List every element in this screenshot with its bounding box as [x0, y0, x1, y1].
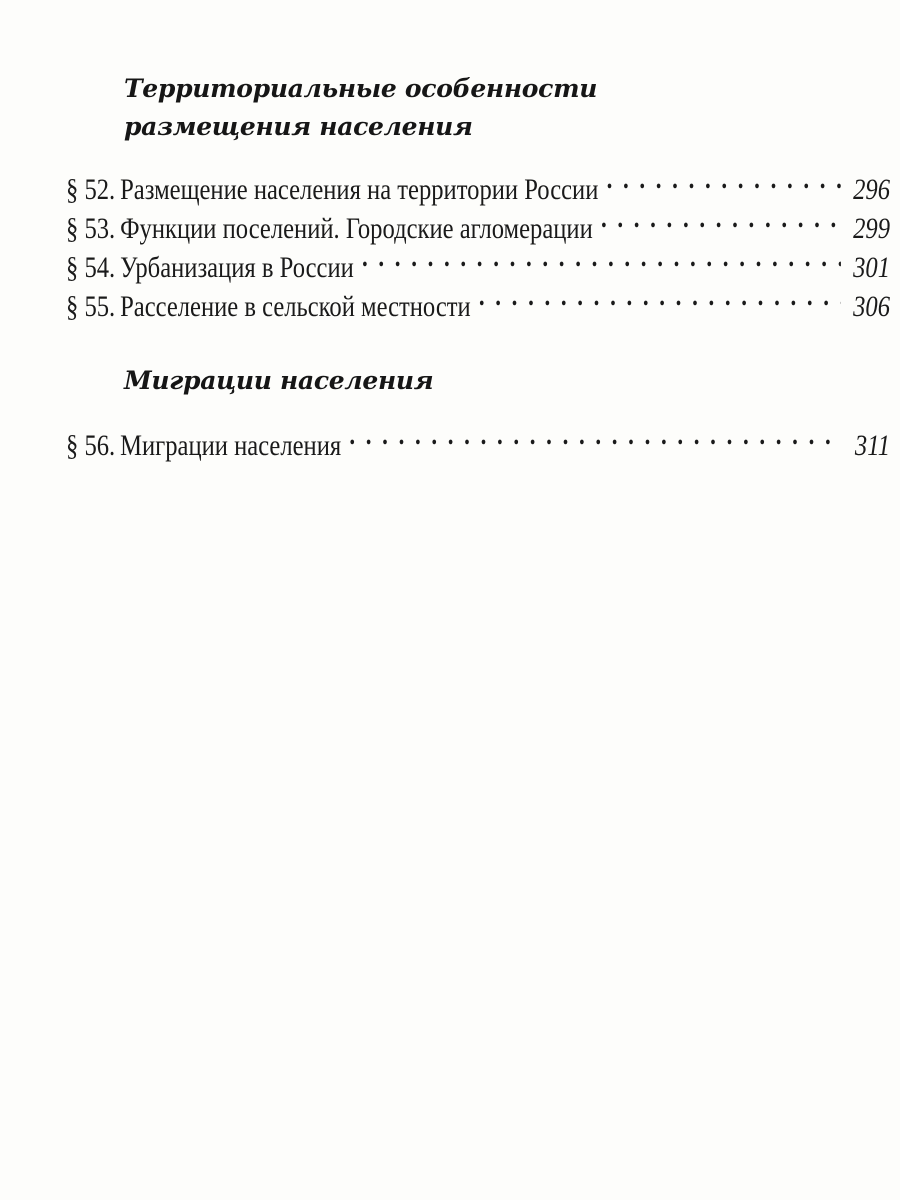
toc-entry-number: § 55.: [66, 287, 115, 326]
toc-entry[interactable]: § 56. Миграции населения 311: [66, 416, 890, 455]
section-heading-line: размещения населения: [124, 108, 597, 146]
toc-entry[interactable]: § 54. Урбанизация в России 301: [66, 238, 890, 277]
section-heading: Миграции населения: [124, 362, 433, 400]
toc-entry[interactable]: § 55. Расселение в сельской местности 30…: [66, 277, 890, 316]
toc-entry-number: § 56.: [66, 426, 115, 465]
toc-entry-page: 311: [849, 426, 890, 465]
dot-leader: [479, 277, 841, 316]
dot-leader: [349, 416, 840, 455]
toc-entry-title: Миграции населения: [120, 426, 341, 465]
toc-list: § 52. Размещение населения на территории…: [66, 160, 890, 316]
section-heading-line: Территориальные особенности: [124, 70, 597, 108]
toc-entry-page: 306: [849, 287, 890, 326]
section-heading: Территориальные особенности размещения н…: [124, 70, 597, 146]
dot-leader: [601, 199, 841, 238]
table-of-contents-page: Территориальные особенности размещения н…: [0, 0, 900, 1200]
dot-leader: [607, 160, 841, 199]
toc-list: § 56. Миграции населения 311: [66, 416, 890, 455]
dot-leader: [362, 238, 841, 277]
toc-entry[interactable]: § 52. Размещение населения на территории…: [66, 160, 890, 199]
toc-entry[interactable]: § 53. Функции поселений. Городские аглом…: [66, 199, 890, 238]
toc-entry-title: Расселение в сельской местности: [120, 287, 471, 326]
section-heading-line: Миграции населения: [124, 362, 433, 400]
